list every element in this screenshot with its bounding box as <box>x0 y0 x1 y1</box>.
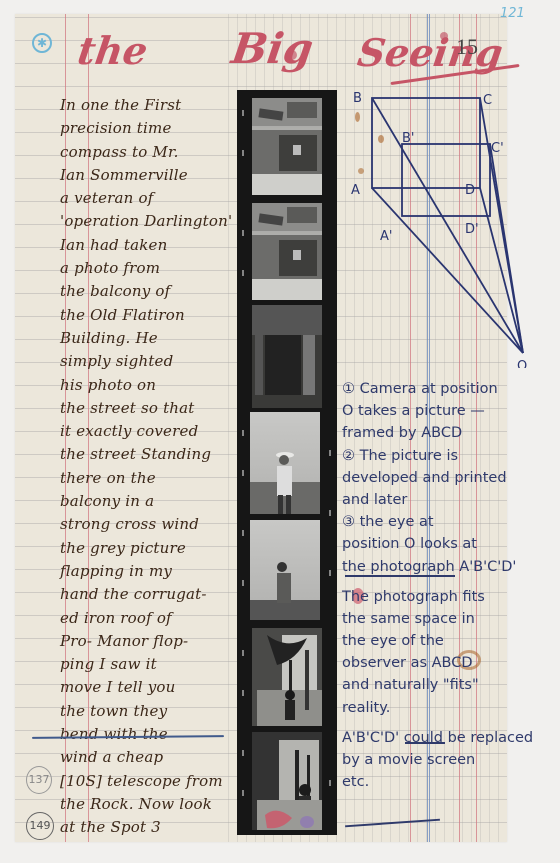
text-line: the balcony of <box>60 280 238 303</box>
label-A: A <box>351 183 360 198</box>
text-line: reality. <box>342 697 552 719</box>
text-line: Ian had taken <box>60 234 238 257</box>
text-line: framed by ABCD <box>342 422 552 444</box>
text-line: Ian Sommerville <box>60 164 238 187</box>
perspective-diagram: B C A D B' C' A' D' O <box>345 88 545 368</box>
film-frame-5 <box>250 520 320 620</box>
right-column-text: ① Camera at position O takes a picture —… <box>342 378 552 793</box>
text-line: precision time <box>60 117 238 140</box>
text-line: simply sighted <box>60 350 238 373</box>
text-line: the grey picture <box>60 537 238 560</box>
text-line: it exactly covered <box>60 420 238 443</box>
label-C: C <box>483 93 492 108</box>
label-D: D <box>465 183 475 198</box>
text-line: there on the <box>60 467 238 490</box>
text-line: etc. <box>342 771 552 793</box>
text-line: ① Camera at position <box>342 378 552 400</box>
text-line: ② The picture is <box>342 445 552 467</box>
text-line: the street Standing <box>60 443 238 466</box>
underline <box>345 575 455 577</box>
text-line: ③ the eye at <box>342 511 552 533</box>
text-line: 'operation Darlington' <box>60 210 238 233</box>
text-line: by a movie screen <box>342 749 552 771</box>
text-line: his photo on <box>60 374 238 397</box>
underline <box>405 742 445 744</box>
text-line: the town they <box>60 700 238 723</box>
label-D-prime: D' <box>465 222 479 237</box>
text-line: the Old Flatiron <box>60 304 238 327</box>
text-line: the eye of the <box>342 630 552 652</box>
diagram-lines <box>372 98 523 353</box>
text-line: Pro- Manor flop- <box>60 630 238 653</box>
text-line: and naturally "fits" <box>342 674 552 696</box>
text-line: the Rock. Now look <box>60 793 238 816</box>
text-line: developed and printed <box>342 467 552 489</box>
film-contact-strip <box>237 90 337 835</box>
film-frame-3 <box>252 305 322 408</box>
archive-stamp: ✱ <box>32 33 52 53</box>
text-line: wind a cheap <box>60 746 238 769</box>
text-line: compass to Mr. <box>60 141 238 164</box>
film-frame-6 <box>252 628 322 726</box>
film-frame-1 <box>252 98 322 195</box>
text-spacer <box>342 719 552 727</box>
text-spacer <box>342 578 552 586</box>
text-line: observer as ABCD <box>342 652 552 674</box>
label-B: B <box>353 91 362 106</box>
label-A-prime: A' <box>380 229 392 244</box>
text-line: balcony in a <box>60 490 238 513</box>
page-number: 15 <box>456 34 478 60</box>
text-line: the street so that <box>60 397 238 420</box>
text-line: ed iron roof of <box>60 607 238 630</box>
text-line: the same space in <box>342 608 552 630</box>
text-line: O takes a picture — <box>342 400 552 422</box>
text-line: position O looks at <box>342 533 552 555</box>
text-line: at the Spot 3 <box>60 816 238 839</box>
text-line: a photo from <box>60 257 238 280</box>
margin-note-circled: 149 <box>26 812 54 840</box>
text-line: A'B'C'D' could be replaced <box>342 727 552 749</box>
text-line: strong cross wind <box>60 513 238 536</box>
text-line: The photograph fits <box>342 586 552 608</box>
text-line: Building. He <box>60 327 238 350</box>
text-line: In one the First <box>60 94 238 117</box>
film-frame-2 <box>252 203 322 300</box>
text-line: move I tell you <box>60 676 238 699</box>
film-frame-4 <box>250 412 320 514</box>
margin-note-circled: 137 <box>26 766 52 794</box>
label-O: O <box>517 359 527 368</box>
film-frames-graphic <box>237 90 337 835</box>
title-word-2: Big <box>229 24 317 73</box>
text-line: ping I saw it <box>60 653 238 676</box>
text-line: a veteran of <box>60 187 238 210</box>
film-frame-7 <box>252 732 322 830</box>
label-B-prime: B' <box>402 131 415 146</box>
left-column-text: In one the First precision time compass … <box>60 94 238 840</box>
text-line: flapping in my <box>60 560 238 583</box>
text-line: and later <box>342 489 552 511</box>
title-word-1: the <box>75 28 151 73</box>
label-C-prime: C' <box>491 141 504 156</box>
archive-number: 121 <box>500 6 525 21</box>
text-line: hand the corrugat- <box>60 583 238 606</box>
text-line: [10S] telescope from <box>60 770 238 793</box>
